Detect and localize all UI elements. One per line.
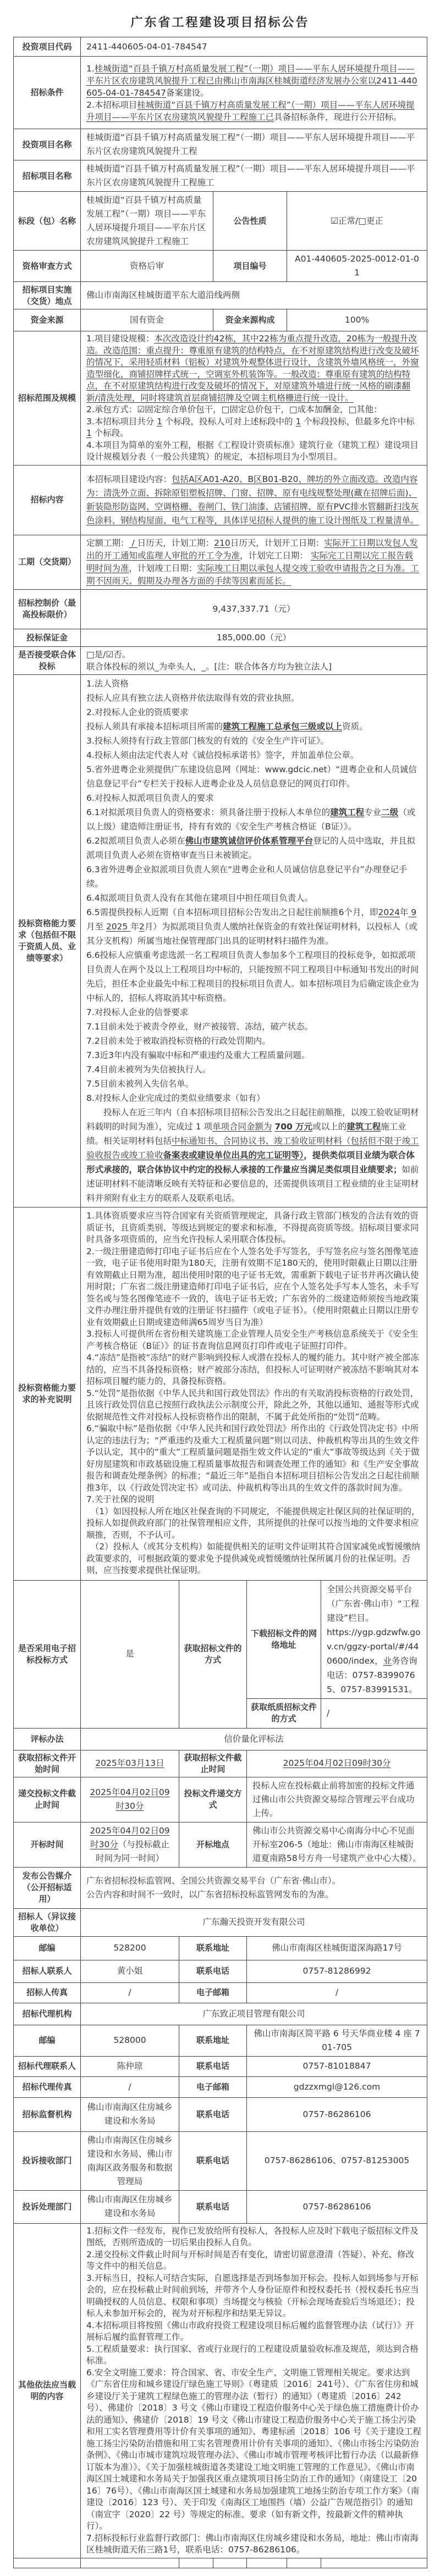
complaint-handle-phone-value: 0757-86286106 bbox=[247, 2190, 427, 2223]
row-supervisor: 招标监督机构 佛山市南海区住房城乡建设和水务局 联系电话 0757-862861… bbox=[14, 2097, 427, 2131]
other-content-label: 其他依法应当载明的内容 bbox=[14, 2223, 81, 2558]
doc-obtain-end-label: 获取招标文件截止时间 bbox=[179, 1750, 247, 1777]
capability-text: 1.法人资格投标人应具有独立法人资格并依法取得有效的营业执照。2.对投标人企业的… bbox=[81, 674, 427, 1207]
tender-conditions-label: 招标条件 bbox=[14, 57, 81, 129]
agency-contact-value: 陈仲琼 bbox=[81, 2056, 179, 2076]
evaluation-method-value: 信价量化评标法 bbox=[81, 1728, 427, 1750]
complaint-handle-phone-label: 联系电话 bbox=[179, 2190, 247, 2223]
scope-label: 招标范围及规模 bbox=[14, 331, 81, 466]
download-url-value: 全国公共资源交易平台（广东省·佛山市）“工程建设”栏目。https://ygp.… bbox=[321, 1580, 427, 1698]
supervisor-phone-label: 联系电话 bbox=[179, 2097, 247, 2131]
content-text: 本招标项目建设内容：包括A区A01-A20、B区B01-B20、牌坊的外立面改造… bbox=[81, 465, 427, 535]
agency-email-label: 电子邮箱 bbox=[179, 2076, 247, 2097]
obtain-docs-method-label: 获取招标文件的方式 bbox=[179, 1580, 247, 1728]
capability-notes-text: 1.具体资质要求应当符合国家有关资质管理规定，具备行政主管部门核发的合法有效的资… bbox=[81, 1207, 427, 1580]
complaint-handle-value: 佛山市南海区住房城乡建设和水务局 bbox=[81, 2190, 179, 2223]
agency-address-label: 联系地址 bbox=[179, 2025, 247, 2056]
project-number-value: A01-440605-2025-0012-01-01 bbox=[287, 251, 427, 282]
opening-place-label: 开标地点 bbox=[179, 1822, 247, 1867]
funding-composition-value: 100% bbox=[287, 309, 427, 331]
row-tenderer-fax: 招标人传真 / 电子邮箱 / bbox=[14, 1982, 427, 2003]
row-qualification-review: 资格审查方式 资格后审 项目编号 A01-440605-2025-0012-01… bbox=[14, 251, 427, 282]
notice-nature-checkbox: ☑正常/□更正 bbox=[287, 192, 427, 251]
footer-cell bbox=[287, 2558, 321, 2568]
tenderer-postcode-label: 邮编 bbox=[14, 1936, 81, 1960]
announcement-table: 投资项目代码 2411-440605-04-01-784547 招标条件 1.桂… bbox=[13, 37, 427, 2568]
evaluation-method-label: 评标办法 bbox=[14, 1728, 81, 1750]
complaint-handle-label: 投诉处理部门 bbox=[14, 2190, 81, 2223]
project-code-value: 2411-440605-04-01-784547 bbox=[81, 37, 427, 57]
scope-text: 1.项目建设规模：本次改造设计约42栋，其中22栋为重点提升改造，20栋为一般提… bbox=[81, 331, 427, 466]
tenderer-contact-value: 黄小姐 bbox=[81, 1960, 179, 1982]
row-tender-name: 招标项目名称 桂城街道“百县千镇万村高质量发展工程”（一期）项目——平东人居环境… bbox=[14, 160, 427, 192]
tender-name-label: 招标项目名称 bbox=[14, 160, 81, 192]
bottom-spacer bbox=[0, 2568, 440, 2576]
supervisor-value: 佛山市南海区住房城乡建设和水务局 bbox=[81, 2097, 179, 2131]
complaint-receive-phone-label: 联系电话 bbox=[179, 2131, 247, 2190]
row-agency: 招标代理机构 广东致正项目管理有限公司 bbox=[14, 2003, 427, 2025]
row-complaint-receive: 投诉接收部门 佛山市南海区住房城乡建设和水务局、佛山市南海区政务服务和数据管理局… bbox=[14, 2131, 427, 2190]
paper-docs-value: / bbox=[321, 1698, 427, 1728]
opening-place-value: 佛山市公共资源交易中心南海分中心不见面开标室206-5（地址：佛山市南海区桂城街… bbox=[247, 1822, 427, 1867]
doc-obtain-end-value: 2025年04月02日09时30分 bbox=[247, 1750, 427, 1777]
complaint-receive-value: 佛山市南海区住房城乡建设和水务局、佛山市南海区政务服务和数据管理局 bbox=[81, 2131, 179, 2190]
agency-label: 招标代理机构 bbox=[14, 2003, 81, 2025]
row-content: 招标内容 本招标项目建设内容：包括A区A01-A20、B区B01-B20、牌坊的… bbox=[14, 465, 427, 535]
duration-label: 工期（交货期） bbox=[14, 535, 81, 589]
funding-source-label: 资金来源 bbox=[14, 309, 81, 331]
agency-postcode-label: 邮编 bbox=[14, 2025, 81, 2056]
complaint-receive-phone-value: 0757-86286106、0757-81253005 bbox=[247, 2131, 427, 2190]
supervisor-phone-value: 0757-86286106 bbox=[247, 2097, 427, 2131]
tenderer-fax-value: / bbox=[81, 1982, 179, 2003]
submit-deadline-label: 递交投标文件截止时间 bbox=[14, 1777, 81, 1822]
page-title: 广东省工程建设项目招标公告 bbox=[0, 0, 440, 37]
footer-cell bbox=[321, 2558, 427, 2568]
row-scope: 招标范围及规模 1.项目建设规模：本次改造设计约42栋，其中22栋为重点提升改造… bbox=[14, 331, 427, 466]
row-control-price: 招标控制价（最高投标限价） 9,437,337.71（元） bbox=[14, 589, 427, 629]
row-project-code: 投资项目代码 2411-440605-04-01-784547 bbox=[14, 37, 427, 57]
project-number-label: 项目编号 bbox=[213, 251, 287, 282]
complaint-receive-label: 投诉接收部门 bbox=[14, 2131, 81, 2190]
supervisor-label: 招标监督机构 bbox=[14, 2097, 81, 2131]
opening-time-label: 开标时间 bbox=[14, 1822, 81, 1867]
row-tenderer-post: 邮编 528200 联系地址 佛山市南海区桂城街道深海路17号 bbox=[14, 1936, 427, 1960]
tender-conditions-text: 1.桂城街道“百县千镇万村高质量发展工程”（一期）项目——平东人居环境提升项目—… bbox=[81, 57, 427, 129]
consortium-text: □是/☑否。联合体投标的须以_为牵头人，_。[注：联合体各方均为独立法人] bbox=[81, 646, 427, 674]
bid-bond-label: 投标保证金 bbox=[14, 629, 81, 646]
section-package-value: 桂城街道“百县千镇万村高质量发展工程”（一期）项目——平东人居环境提升项目——平… bbox=[81, 192, 213, 251]
row-duration: 工期（交货期） 定额工期： / 日历天，计划工期：210日历天，计划开工日期：实… bbox=[14, 535, 427, 589]
agency-email-value: gdzzxmgl@126.com bbox=[247, 2076, 427, 2097]
row-consortium: 是否接受联合体投标 □是/☑否。联合体投标的须以_为牵头人，_。[注：联合体各方… bbox=[14, 646, 427, 674]
invest-name-value: 桂城街道“百县千镇万村高质量发展工程”（一期）项目——平东人居环境提升项目——平… bbox=[81, 129, 427, 160]
tenderer-phone-label: 联系电话 bbox=[179, 1960, 247, 1982]
content-label: 招标内容 bbox=[14, 465, 81, 535]
tenderer-email-value: / bbox=[247, 1982, 427, 2003]
qualification-review-value: 资格后审 bbox=[81, 251, 213, 282]
row-bid-bond: 投标保证金 185,000.00（元） bbox=[14, 629, 427, 646]
row-agency-fax: 招标代理传真 / 电子邮箱 gdzzxmgl@126.com bbox=[14, 2076, 427, 2097]
row-evaluation: 评标办法 信价量化评标法 bbox=[14, 1728, 427, 1750]
submit-method-label: 投标文件递交方式 bbox=[179, 1777, 247, 1822]
funding-source-value: 国有资金 bbox=[81, 309, 213, 331]
row-tenderer-contact: 招标人联系人 黄小姐 联系电话 0757-81286992 bbox=[14, 1960, 427, 1982]
row-funding: 资金来源 国有资金 资金来源构成 100% bbox=[14, 309, 427, 331]
section-package-label: 标段（包）名称 bbox=[14, 192, 81, 251]
paper-docs-label: 获取纸质招标文件的方式 bbox=[247, 1698, 321, 1728]
download-url-label: 下载招标文件的网络地址 bbox=[247, 1580, 321, 1698]
agency-phone-label: 联系电话 bbox=[179, 2056, 247, 2076]
control-price-label: 招标控制价（最高投标限价） bbox=[14, 589, 81, 629]
row-agency-contact: 招标代理联系人 陈仲琼 联系电话 0757-81018847 bbox=[14, 2056, 427, 2076]
tenderer-postcode-value: 528200 bbox=[81, 1936, 179, 1960]
electronic-bidding-value: 是 bbox=[81, 1580, 179, 1728]
notice-nature-label: 公告性质 bbox=[213, 192, 287, 251]
tenderer-email-label: 电子邮箱 bbox=[179, 1982, 247, 2003]
row-opening: 开标时间 2025年04月02日09时30分（与投标截止时间为同一时间） 开标地… bbox=[14, 1822, 427, 1867]
row-capability: 投标资格能力要求（包括但不限于资质人员、业绩等要求） 1.法人资格投标人应具有独… bbox=[14, 674, 427, 1207]
tenderer-contact-label: 招标人联系人 bbox=[14, 1960, 81, 1982]
location-value: 佛山市南海区桂城街道平东大道沿线两侧 bbox=[81, 282, 427, 309]
agency-address-value: 佛山市南海区简平路 6 号天华商业楼 4 座 701-705 bbox=[247, 2025, 427, 2056]
media-label: 发布公告媒介（公开招标适用） bbox=[14, 1867, 81, 1908]
footer-cell bbox=[247, 2558, 287, 2568]
duration-text: 定额工期： / 日历天，计划工期：210日历天，计划开工日期：实际开工日期以发包… bbox=[81, 535, 427, 589]
agency-postcode-value: 528000 bbox=[81, 2025, 179, 2056]
submit-deadline-value: 2025年04月02日09时30分 bbox=[81, 1777, 179, 1822]
row-complaint-handle: 投诉处理部门 佛山市南海区住房城乡建设和水务局 联系电话 0757-862861… bbox=[14, 2190, 427, 2223]
submit-method-value: 投标人应在投标截止前将加密的投标文件通过佛山市公共资源交易综合管理云平台成功上传… bbox=[247, 1777, 427, 1822]
media-text: 广东省招标投标监管网、全国公共资源交易平台（广东省·佛山市）。公告内容和时间不一… bbox=[81, 1867, 427, 1908]
row-electronic: 是否采用电子招标投标方式 是 获取招标文件的方式 下载招标文件的网络地址 全国公… bbox=[14, 1580, 427, 1698]
footer-cell bbox=[14, 2558, 81, 2568]
tenderer-address-label: 联系地址 bbox=[179, 1936, 247, 1960]
row-other: 其他依法应当载明的内容 1.招标文件一经发布，视作已发放给所有投标人，各投标人应… bbox=[14, 2223, 427, 2558]
opening-time-value: 2025年04月02日09时30分（与投标截止时间为同一时间） bbox=[81, 1822, 179, 1867]
row-section-package: 标段（包）名称 桂城街道“百县千镇万村高质量发展工程”（一期）项目——平东人居环… bbox=[14, 192, 427, 251]
invest-name-label: 投资项目名称 bbox=[14, 129, 81, 160]
funding-composition-label: 资金来源构成 bbox=[213, 309, 287, 331]
other-content-text: 1.招标文件一经发布，视作已发放给所有投标人，各投标人应及时下载电子版招标文件及… bbox=[81, 2223, 427, 2558]
agency-contact-label: 招标代理联系人 bbox=[14, 2056, 81, 2076]
agency-phone-value: 0757-81018847 bbox=[247, 2056, 427, 2076]
row-media: 发布公告媒介（公开招标适用） 广东省招标投标监管网、全国公共资源交易平台（广东省… bbox=[14, 1867, 427, 1908]
row-agency-post: 邮编 528000 联系地址 佛山市南海区简平路 6 号天华商业楼 4 座 70… bbox=[14, 2025, 427, 2056]
electronic-bidding-label: 是否采用电子招标投标方式 bbox=[14, 1580, 81, 1728]
location-label: 招标项目实施（交货）地点 bbox=[14, 282, 81, 309]
consortium-label: 是否接受联合体投标 bbox=[14, 646, 81, 674]
capability-notes-label: 投标资格能力要求的补充说明 bbox=[14, 1207, 81, 1580]
footer-cell bbox=[213, 2558, 247, 2568]
row-submit-deadline: 递交投标文件截止时间 2025年04月02日09时30分 投标文件递交方式 投标… bbox=[14, 1777, 427, 1822]
row-doc-obtain: 获取招标文件开始时间 2025年03月13日 获取招标文件截止时间 2025年0… bbox=[14, 1750, 427, 1777]
row-capability-notes: 投标资格能力要求的补充说明 1.具体资质要求应当符合国家有关资质管理规定，具备行… bbox=[14, 1207, 427, 1580]
bid-bond-value: 185,000.00（元） bbox=[81, 629, 427, 646]
row-invest-name: 投资项目名称 桂城街道“百县千镇万村高质量发展工程”（一期）项目——平东人居环境… bbox=[14, 129, 427, 160]
doc-obtain-start-label: 获取招标文件开始时间 bbox=[14, 1750, 81, 1777]
control-price-value: 9,437,337.71（元） bbox=[81, 589, 427, 629]
tender-announcement-page: 广东省工程建设项目招标公告 投资项目代码 2411-440605-04-01-7… bbox=[0, 0, 440, 2576]
row-tenderer: 招标人（异议接收单位） 广东瀚天投资开发有限公司 bbox=[14, 1908, 427, 1936]
tenderer-phone-value: 0757-81286992 bbox=[247, 1960, 427, 1982]
tenderer-label: 招标人（异议接收单位） bbox=[14, 1908, 81, 1936]
agency-fax-label: 招标代理传真 bbox=[14, 2076, 81, 2097]
project-code-label: 投资项目代码 bbox=[14, 37, 81, 57]
row-footer-strip bbox=[14, 2558, 427, 2568]
agency-value: 广东致正项目管理有限公司 bbox=[81, 2003, 427, 2025]
tenderer-address-value: 佛山市南海区桂城街道深海路17号 bbox=[247, 1936, 427, 1960]
doc-obtain-start-value: 2025年03月13日 bbox=[81, 1750, 179, 1777]
tenderer-fax-label: 招标人传真 bbox=[14, 1982, 81, 2003]
tender-name-value: 桂城街道“百县千镇万村高质量发展工程”（一期）项目——平东人居环境提升项目——平… bbox=[81, 160, 427, 192]
footer-cell bbox=[179, 2558, 213, 2568]
qualification-review-label: 资格审查方式 bbox=[14, 251, 81, 282]
footer-cell bbox=[81, 2558, 179, 2568]
row-location: 招标项目实施（交货）地点 佛山市南海区桂城街道平东大道沿线两侧 bbox=[14, 282, 427, 309]
agency-fax-value: / bbox=[81, 2076, 179, 2097]
tenderer-value: 广东瀚天投资开发有限公司 bbox=[81, 1908, 427, 1936]
capability-label: 投标资格能力要求（包括但不限于资质人员、业绩等要求） bbox=[14, 674, 81, 1207]
row-tender-conditions: 招标条件 1.桂城街道“百县千镇万村高质量发展工程”（一期）项目——平东人居环境… bbox=[14, 57, 427, 129]
